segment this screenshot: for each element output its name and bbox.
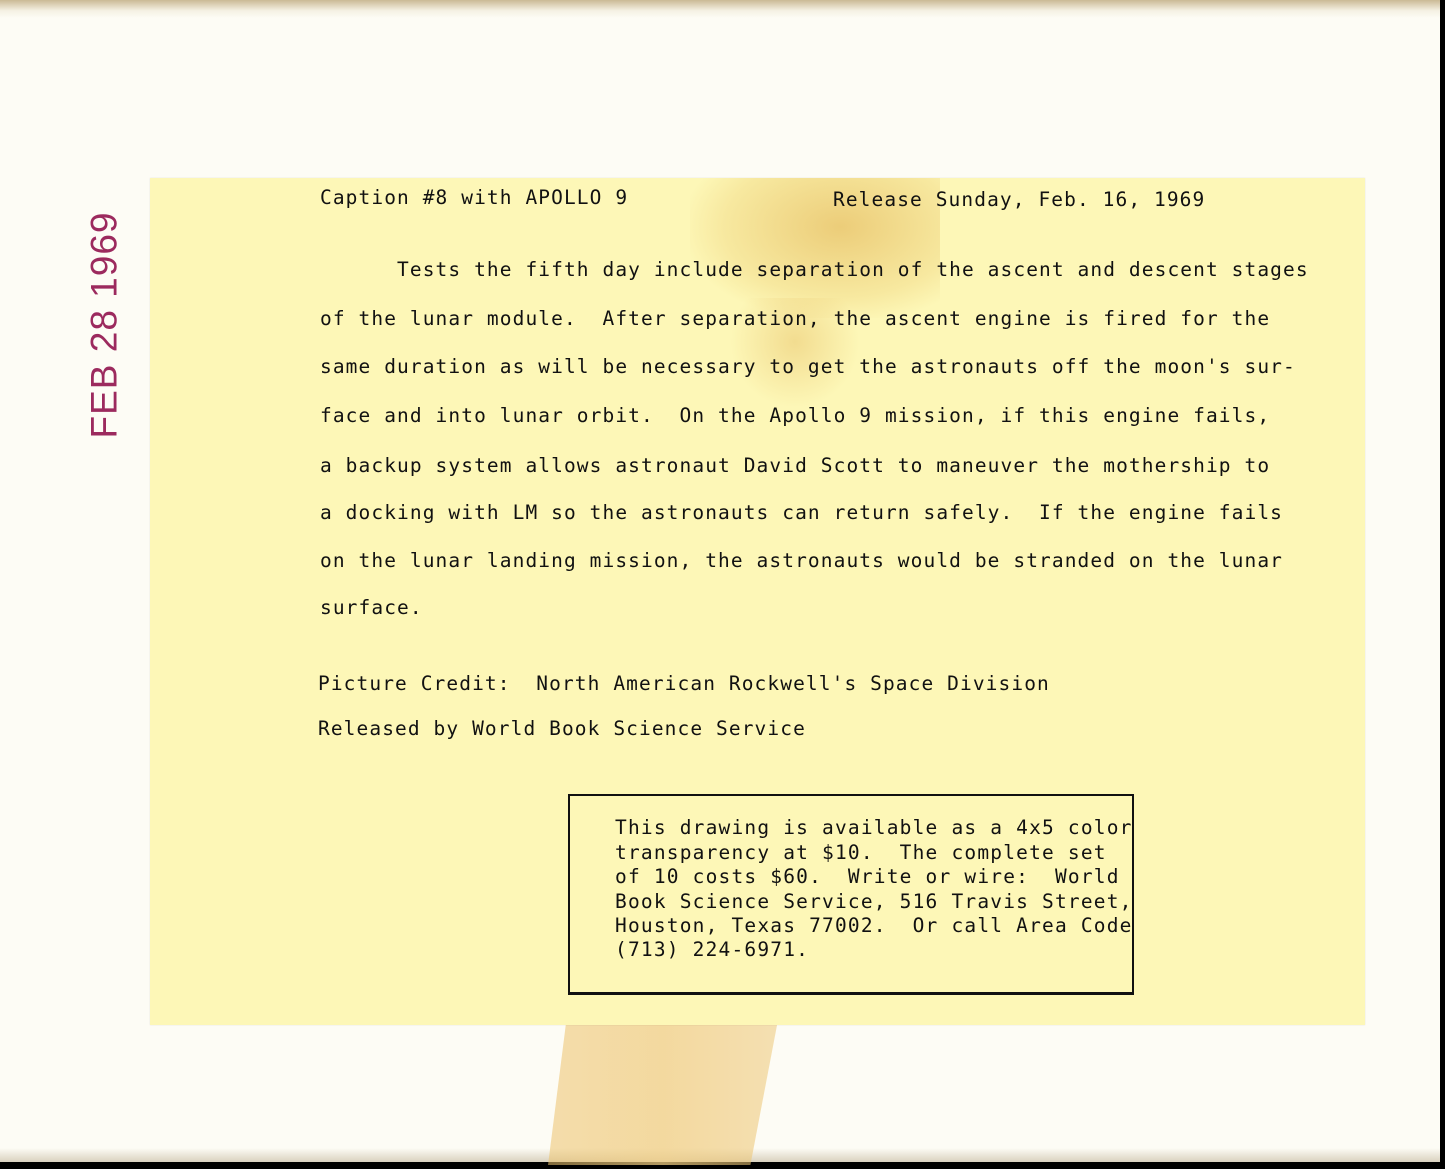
body-line: on the lunar landing mission, the astron… [320, 549, 1283, 572]
info-line: (713) 224-6971. [615, 938, 809, 961]
caption-sheet: Caption #8 with APOLLO 9 Release Sunday,… [150, 178, 1365, 1025]
release-date: Release Sunday, Feb. 16, 1969 [833, 188, 1205, 211]
released-by: Released by World Book Science Service [318, 717, 806, 740]
body-line: Tests the fifth day include separation o… [320, 258, 1309, 281]
caption-title: Caption #8 with APOLLO 9 [320, 186, 628, 209]
body-line: same duration as will be necessary to ge… [320, 355, 1296, 378]
ordering-info-box: This drawing is available as a 4x5 color… [568, 794, 1134, 995]
body-line: a docking with LM so the astronauts can … [320, 501, 1283, 524]
top-edge-stain [0, 0, 1440, 18]
tape-residue [548, 1020, 778, 1165]
info-line: Houston, Texas 77002. Or call Area Code [615, 914, 1133, 937]
date-stamp: FEB 28 1969 [78, 232, 130, 417]
body-line: surface. [320, 596, 423, 619]
date-stamp-text: FEB 28 1969 [83, 211, 125, 438]
info-line: of 10 costs $60. Write or wire: World [615, 865, 1120, 888]
photo-back-paper: FEB 28 1969 Caption #8 with APOLLO 9 Rel… [0, 0, 1440, 1162]
body-line: face and into lunar orbit. On the Apollo… [320, 404, 1270, 427]
info-line: This drawing is available as a 4x5 color [615, 816, 1133, 839]
info-line: Book Science Service, 516 Travis Street, [615, 890, 1133, 913]
body-line: a backup system allows astronaut David S… [320, 454, 1270, 477]
picture-credit: Picture Credit: North American Rockwell'… [318, 672, 1050, 695]
body-line: of the lunar module. After separation, t… [320, 307, 1270, 330]
info-line: transparency at $10. The complete set [615, 841, 1107, 864]
